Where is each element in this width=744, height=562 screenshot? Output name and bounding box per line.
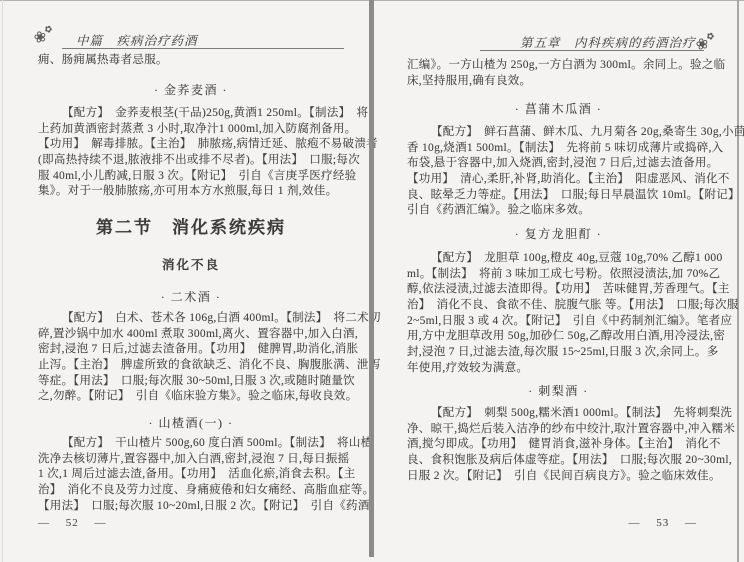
text-line: 香 10g,烧酒1 500ml。【制法】 先将前 5 味切成薄片或捣碎,入 xyxy=(407,141,710,157)
recipe-paragraph-longdan: 【配方】 龙胆草 100g,橙皮 40g,豆蔻 10g,70% 乙醇1 000m… xyxy=(407,251,710,377)
book-spread: ❀ ✿ 中篇 疾病治疗药酒 痈、肠痈属热毒者忌服。 · 金荞麦酒 · 【配方】 … xyxy=(0,0,744,562)
text-line: 良、食积饱胀及病后体虚等症。【用法】 口服;每次服 20~30ml, xyxy=(407,453,710,469)
text-line: 引自《药酒汇编》。验之临床多效。 xyxy=(407,203,710,219)
page-number-right: — 53 — xyxy=(629,517,698,529)
text-line: 年使用,疗效较为满意。 xyxy=(407,361,710,377)
recipe-title-longdan: · 复方龙胆酊 · xyxy=(407,225,710,242)
text-line: 治】 消化不良、食欲不佳、脘腹气胀 等。【用法】 口服;每次服 xyxy=(407,298,710,314)
continuation-paragraph: 汇编》。一方山楂为 250g,一方白酒为 300ml。余同上。验之临床,坚持服用… xyxy=(407,58,710,89)
text-line: 布袋,悬于容器中,加入烧酒,密封,浸泡 7 日后,过滤去渣备用。 xyxy=(407,156,710,172)
text-line: 2~5ml,日服 3 或 4 次。【附记】 引自《中药制剂汇编》。笔者应 xyxy=(407,314,710,330)
book-gutter-divider xyxy=(369,0,374,557)
text-line: 酒,搅匀即成。【功用】 健胃消食,滋补身体。【主治】 消化不 xyxy=(407,437,710,453)
text-line: 【配方】 龙胆草 100g,橙皮 40g,豆蔻 10g,70% 乙醇1 000 xyxy=(407,251,710,267)
text-line: 【配方】 刺梨 500g,糯米酒1 000ml。【制法】 先将刺梨洗 xyxy=(407,406,710,422)
text-line: 日服 2 次。【附记】 引自《民间百病良方》。验之临床效佳。 xyxy=(407,469,710,485)
recipe-paragraph-changpu: 【配方】 鲜石菖蒲、鲜木瓜、九月菊各 20g,桑寄生 30g,小茴香 10g,烧… xyxy=(407,125,710,219)
text-line: 【配方】 鲜石菖蒲、鲜木瓜、九月菊各 20g,桑寄生 30g,小茴 xyxy=(407,125,710,141)
recipe-paragraph-cili: 【配方】 刺梨 500g,糯米酒1 000ml。【制法】 先将刺梨洗净、晾干,捣… xyxy=(407,406,710,484)
text-line: 汇编》。一方山楂为 250g,一方白酒为 300ml。余同上。验之临 xyxy=(407,58,710,74)
recipe-title-changpu: · 菖蒲木瓜酒 · xyxy=(407,100,710,117)
text-line: 床,坚持服用,确有良效。 xyxy=(407,74,710,90)
flower-ornament-icon: ❀ ✿ xyxy=(696,36,720,60)
text-line: 醇,依法浸渍,过滤去渣即得。【功用】 苦味健胃,芳香理气。【主 xyxy=(407,282,710,298)
text-line: 良、眩晕乏力等症。【用法】 口服;每日早晨温饮 10ml。【附记】 xyxy=(407,188,710,204)
text-line: ml。【制法】 将前 3 味加工成七号粉。依照浸渍法,加 70%乙 xyxy=(407,267,710,283)
text-line: 用,方中龙胆草改用 50g,加砂仁 50g,乙醇改用白酒,用冷浸法,密 xyxy=(407,329,710,345)
text-line: 净、晾干,捣烂后装入洁净的纱布中绞汁,取汁置容器中,冲入糯米 xyxy=(407,422,710,438)
text-line: 【功用】 清心,柔肝,补肾,助消化。【主治】 阳虚恶风、消化不 xyxy=(407,172,710,188)
recipe-title-cili: · 刺梨酒 · xyxy=(407,382,710,399)
text-line: 封,浸泡 7 日,过滤去渣,每次服 15~25ml,日服 3 次,余同上。多 xyxy=(407,345,710,361)
running-header-right: 第五章 内科疾病的药酒治疗 xyxy=(520,33,696,51)
